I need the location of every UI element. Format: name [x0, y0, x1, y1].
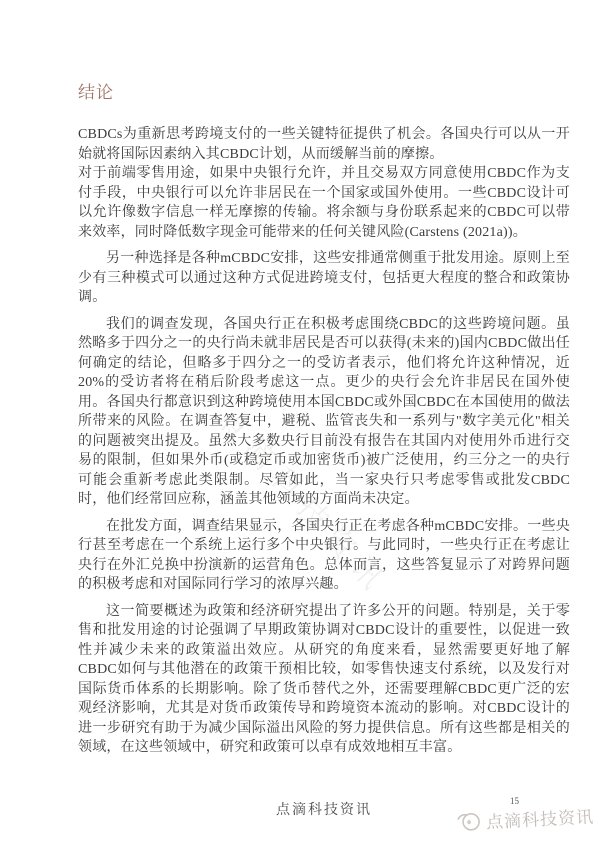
paragraph: CBDCs为重新思考跨境支付的一些关键特征提供了机会。各国央行可以从一开始就将国…: [78, 125, 570, 164]
paragraph: 这一简要概述为政策和经济研究提出了许多公开的问题。特别是，关于零售和批发用途的讨…: [78, 602, 570, 758]
paragraph: 对于前端零售用途，如果中央银行允许，并且交易双方同意使用CBDC作为支付手段，中…: [78, 164, 570, 242]
paragraph: 在批发方面，调查结果显示，各国央行正在考虑各种mCBDC安排。一些央行甚至考虑在…: [78, 517, 570, 595]
paragraph: 我们的调查发现，各国央行正在积极考虑围绕CBDC的这些跨境问题。虽然略多于四分之…: [78, 315, 570, 510]
page-number: 15: [510, 796, 519, 806]
corner-watermark-text: 点滴科技资讯: [485, 802, 594, 833]
section-heading: 结论: [78, 78, 570, 103]
paragraph: 另一种选择是各种mCBDC安排，这些安排通常侧重于批发用途。原则上至少有三种模式…: [78, 249, 570, 308]
document-page: 点滴科技资讯 结论 CBDCs为重新思考跨境支付的一些关键特征提供了机会。各国央…: [0, 0, 600, 849]
droplet-swirl-icon: [456, 810, 483, 833]
page-content: 结论 CBDCs为重新思考跨境支付的一些关键特征提供了机会。各国央行可以从一开始…: [78, 78, 570, 765]
